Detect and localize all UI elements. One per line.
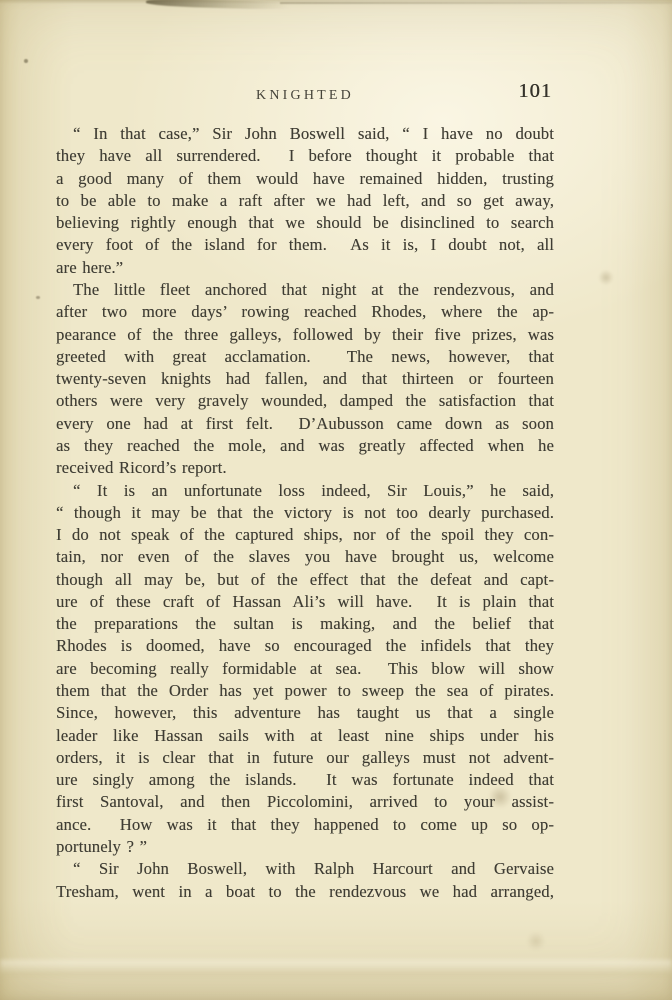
text-line: a good many of them would have remained … — [56, 168, 554, 190]
scan-speck — [36, 296, 40, 299]
chapter-running-title: KNIGHTED — [256, 88, 354, 104]
text-line: ure of these craft of Hassan Ali’s will … — [56, 591, 554, 613]
page-text: “ In that case,” Sir John Boswell said, … — [56, 123, 554, 903]
text-line: pearance of the three galleys, followed … — [56, 324, 554, 346]
text-line: to be able to make a raft after we had l… — [56, 190, 554, 212]
text-line: others were very gravely wounded, damped… — [56, 390, 554, 412]
scan-smudge — [598, 270, 614, 285]
scan-speck — [24, 59, 28, 63]
text-line: believing rightly enough that we should … — [56, 212, 554, 234]
text-line: I do not speak of the captured ships, no… — [56, 524, 554, 546]
scan-light-band — [0, 960, 672, 976]
paragraph: “ Sir John Boswell, with Ralph Harcourt … — [56, 858, 554, 903]
text-line: first Santoval, and then Piccolomini, ar… — [56, 791, 554, 813]
text-line: are becoming really formidable at sea. T… — [56, 658, 554, 680]
text-line: twenty-seven knights had fallen, and tha… — [56, 368, 554, 390]
text-line: they have all surrendered. I before thou… — [56, 145, 554, 167]
paragraph: “ It is an unfortunate loss indeed, Sir … — [56, 480, 554, 859]
text-line: every one had at first felt. D’Aubusson … — [56, 413, 554, 435]
text-line: as they reached the mole, and was greatl… — [56, 435, 554, 457]
scan-smudge — [526, 932, 546, 950]
text-line: The little fleet anchored that night at … — [56, 279, 554, 301]
page-number: 101 — [518, 80, 552, 103]
scan-crease-line — [280, 2, 672, 4]
text-line: “ In that case,” Sir John Boswell said, … — [56, 123, 554, 145]
text-line: received Ricord’s report. — [56, 457, 554, 479]
text-line: “ though it may be that the victory is n… — [56, 502, 554, 524]
paragraph: “ In that case,” Sir John Boswell said, … — [56, 123, 554, 279]
text-line: Since, however, this adventure has taugh… — [56, 702, 554, 724]
text-line: ure singly among the islands. It was for… — [56, 769, 554, 791]
running-head: KNIGHTED 101 — [56, 85, 554, 107]
text-line: greeted with great acclamation. The news… — [56, 346, 554, 368]
paragraph: The little fleet anchored that night at … — [56, 279, 554, 480]
text-line: are here.” — [56, 257, 554, 279]
text-line: tain, nor even of the slaves you have br… — [56, 546, 554, 568]
text-line: them that the Order has yet power to swe… — [56, 680, 554, 702]
scan-crease-line — [146, 0, 296, 10]
text-line: Rhodes is doomed, have so encouraged the… — [56, 635, 554, 657]
text-line: the preparations the sultan is making, a… — [56, 613, 554, 635]
text-line: every foot of the island for them. As it… — [56, 234, 554, 256]
text-line: though all may be, but of the effect tha… — [56, 569, 554, 591]
text-line: portunely ? ” — [56, 836, 554, 858]
text-line: leader like Hassan sails with at least n… — [56, 725, 554, 747]
text-line: “ It is an unfortunate loss indeed, Sir … — [56, 480, 554, 502]
book-page-scan: KNIGHTED 101 “ In that case,” Sir John B… — [0, 0, 672, 1000]
text-line: after two more days’ rowing reached Rhod… — [56, 301, 554, 323]
text-line: orders, it is clear that in future our g… — [56, 747, 554, 769]
text-line: ance. How was it that they happened to c… — [56, 814, 554, 836]
text-line: Tresham, went in a boat to the rendezvou… — [56, 881, 554, 903]
text-line: “ Sir John Boswell, with Ralph Harcourt … — [56, 858, 554, 880]
